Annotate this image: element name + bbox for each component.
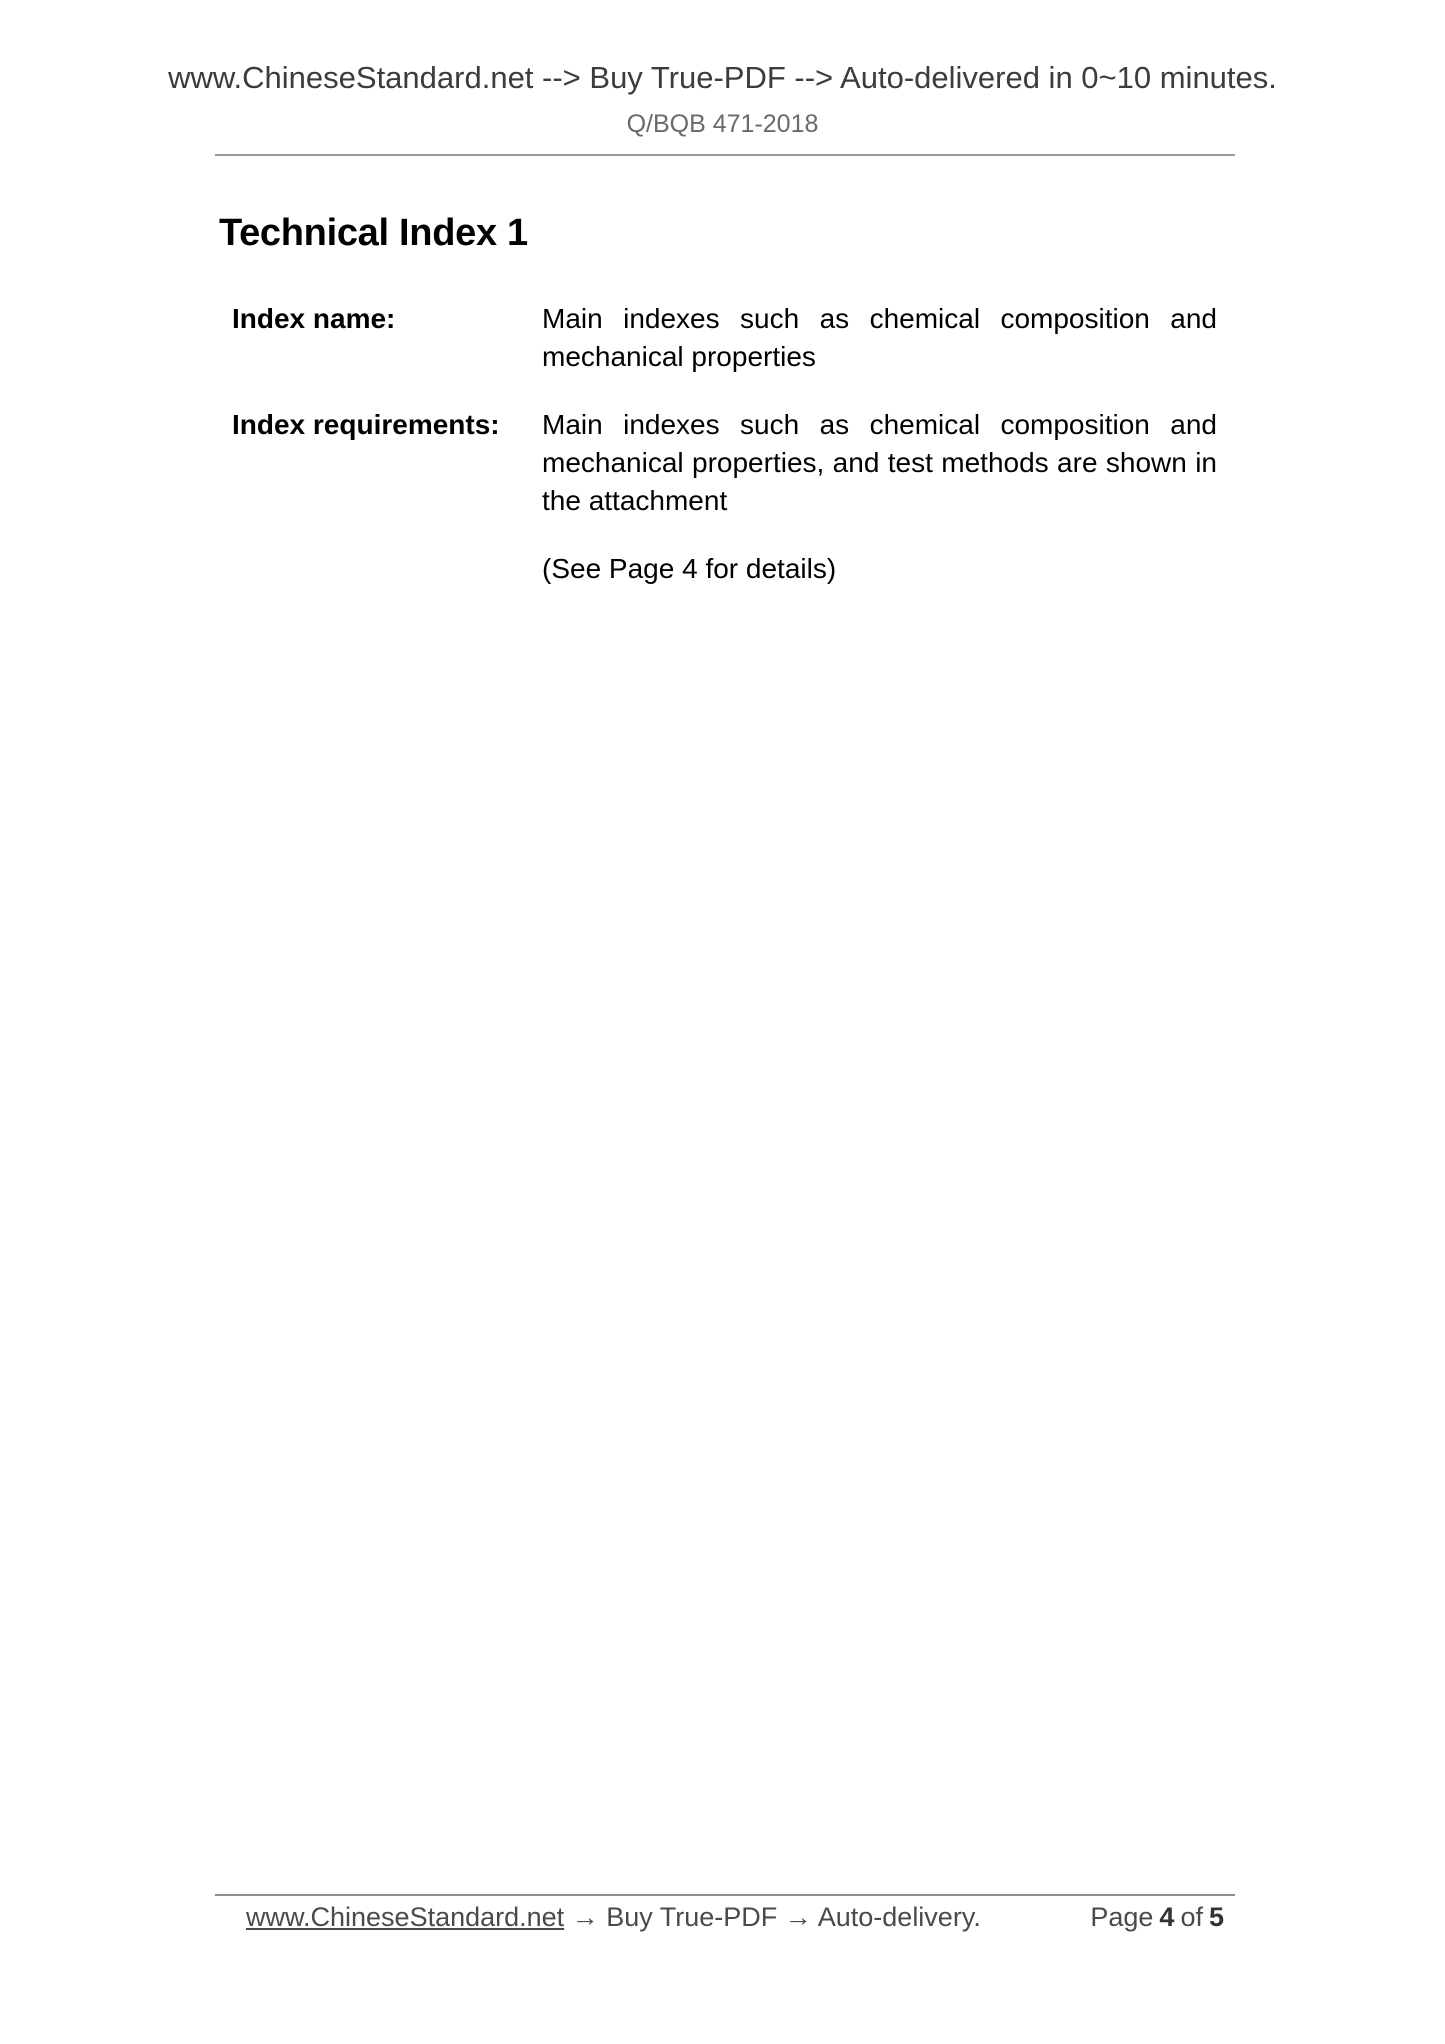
index-requirements-label: Index requirements: xyxy=(232,406,542,520)
page-header: www.ChineseStandard.net --> Buy True-PDF… xyxy=(0,56,1445,140)
page-footer: www.ChineseStandard.net → Buy True-PDF →… xyxy=(246,1897,1236,1937)
website-link[interactable]: www.ChineseStandard.net xyxy=(246,1902,564,1932)
total-pages: 5 xyxy=(1209,1902,1224,1932)
header-banner: www.ChineseStandard.net --> Buy True-PDF… xyxy=(0,56,1445,100)
index-requirements-value: Main indexes such as chemical compositio… xyxy=(542,406,1217,520)
footer-divider xyxy=(215,1894,1235,1896)
of-word: of xyxy=(1180,1902,1203,1932)
index-requirements-row: Index requirements: Main indexes such as… xyxy=(232,406,1217,520)
technical-index-table: Index name: Main indexes such as chemica… xyxy=(232,300,1217,588)
details-note: (See Page 4 for details) xyxy=(542,550,1217,588)
page-word: Page xyxy=(1090,1902,1153,1932)
index-name-value: Main indexes such as chemical compositio… xyxy=(542,300,1217,376)
standard-code: Q/BQB 471-2018 xyxy=(0,108,1445,140)
page-number: Page4of5 xyxy=(1084,1897,1236,1937)
footer-left: www.ChineseStandard.net → Buy True-PDF →… xyxy=(246,1897,981,1937)
current-page: 4 xyxy=(1159,1902,1174,1932)
index-name-label: Index name: xyxy=(232,300,542,376)
header-divider xyxy=(215,154,1235,156)
footer-tagline: → Buy True-PDF → Auto-delivery. xyxy=(564,1902,981,1932)
section-title: Technical Index 1 xyxy=(219,212,528,255)
index-name-row: Index name: Main indexes such as chemica… xyxy=(232,300,1217,376)
